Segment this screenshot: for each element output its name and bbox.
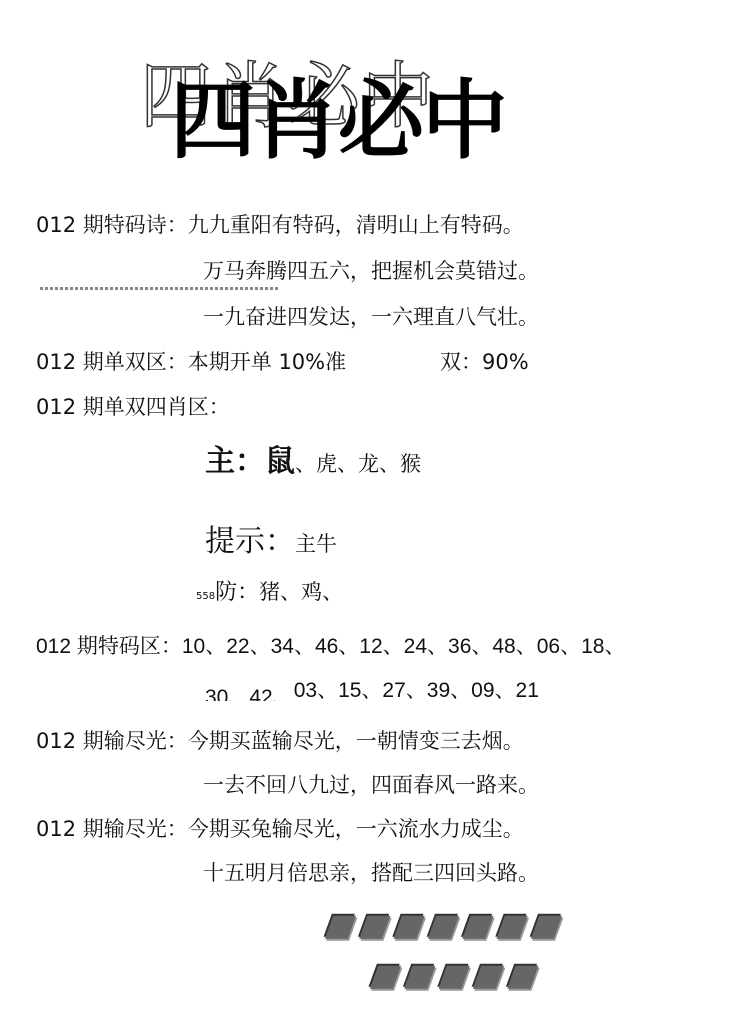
defend-row: 558防：猪、鸡、	[196, 582, 343, 604]
lose-all-row-1: 012 期输尽光：今期买蓝输尽光，一朝情变三去烟。	[36, 731, 524, 752]
special-numbers: 10、22、34、46、12、24、36、48、06、18、	[182, 635, 626, 658]
even-text: 双：90%	[440, 352, 529, 373]
lose-all-line: 今期买兔输尽光，一六流水力成尘。	[188, 817, 524, 841]
poem-line: 九九重阳有特码，清明山上有特码。	[188, 213, 524, 237]
main-label: 主：	[205, 444, 265, 479]
lose-all-line: 十五明月倍思亲，搭配三四回头路。	[203, 863, 539, 884]
special-numbers-clipped: 30、42、	[205, 687, 294, 701]
lose-all-row-2: 012 期输尽光：今期买兔输尽光，一六流水力成尘。	[36, 819, 524, 840]
special-numbers-row-2: 30、42、03、15、27、39、09、21	[205, 680, 539, 701]
defend-label: 防：	[215, 580, 259, 605]
hint-row: 提示：主牛	[205, 516, 337, 560]
odd-text: 本期开单 10%准	[188, 350, 346, 374]
special-label: 012 期特码区：	[36, 635, 182, 658]
lose-all-label: 012 期输尽光：	[36, 817, 188, 841]
hint-label: 提示：	[205, 524, 295, 559]
four-zodiac-label: 012 期单双四肖区：	[36, 397, 230, 418]
lose-all-label: 012 期输尽光：	[36, 729, 188, 753]
main-zodiac-row: 主：鼠、虎、龙、猴	[205, 436, 421, 480]
watermark-line-1: ■■■■■■■	[319, 905, 572, 940]
special-numbers: 03、15、27、39、09、21	[294, 679, 539, 702]
poem-line: 万马奔腾四五六，把握机会莫错过。	[203, 261, 539, 282]
dotted-divider	[40, 287, 280, 290]
poem-label: 012 期特码诗：	[36, 213, 188, 237]
hint-value: 主牛	[295, 532, 337, 556]
main-rest-zodiac: 、虎、龙、猴	[295, 452, 421, 476]
poem-row-1: 012 期特码诗：九九重阳有特码，清明山上有特码。	[36, 215, 524, 236]
title-main-text: 四肖必中	[170, 78, 506, 164]
special-numbers-row-1: 012 期特码区：10、22、34、46、12、24、36、48、06、18、	[36, 636, 625, 657]
lose-all-line: 今期买蓝输尽光，一朝情变三去烟。	[188, 729, 524, 753]
odd-even-label: 012 期单双区：	[36, 350, 188, 374]
odd-even-row: 012 期单双区：本期开单 10%准	[36, 352, 346, 373]
main-first-zodiac: 鼠	[265, 444, 295, 479]
defend-prefix: 558	[196, 591, 215, 602]
defend-value: 猪、鸡、	[259, 580, 343, 604]
lose-all-line: 一去不回八九过，四面春风一路来。	[203, 775, 539, 796]
poem-line: 一九奋进四发达，一六理直八气壮。	[203, 307, 539, 328]
watermark-line-2: ■■■■■	[364, 955, 548, 990]
